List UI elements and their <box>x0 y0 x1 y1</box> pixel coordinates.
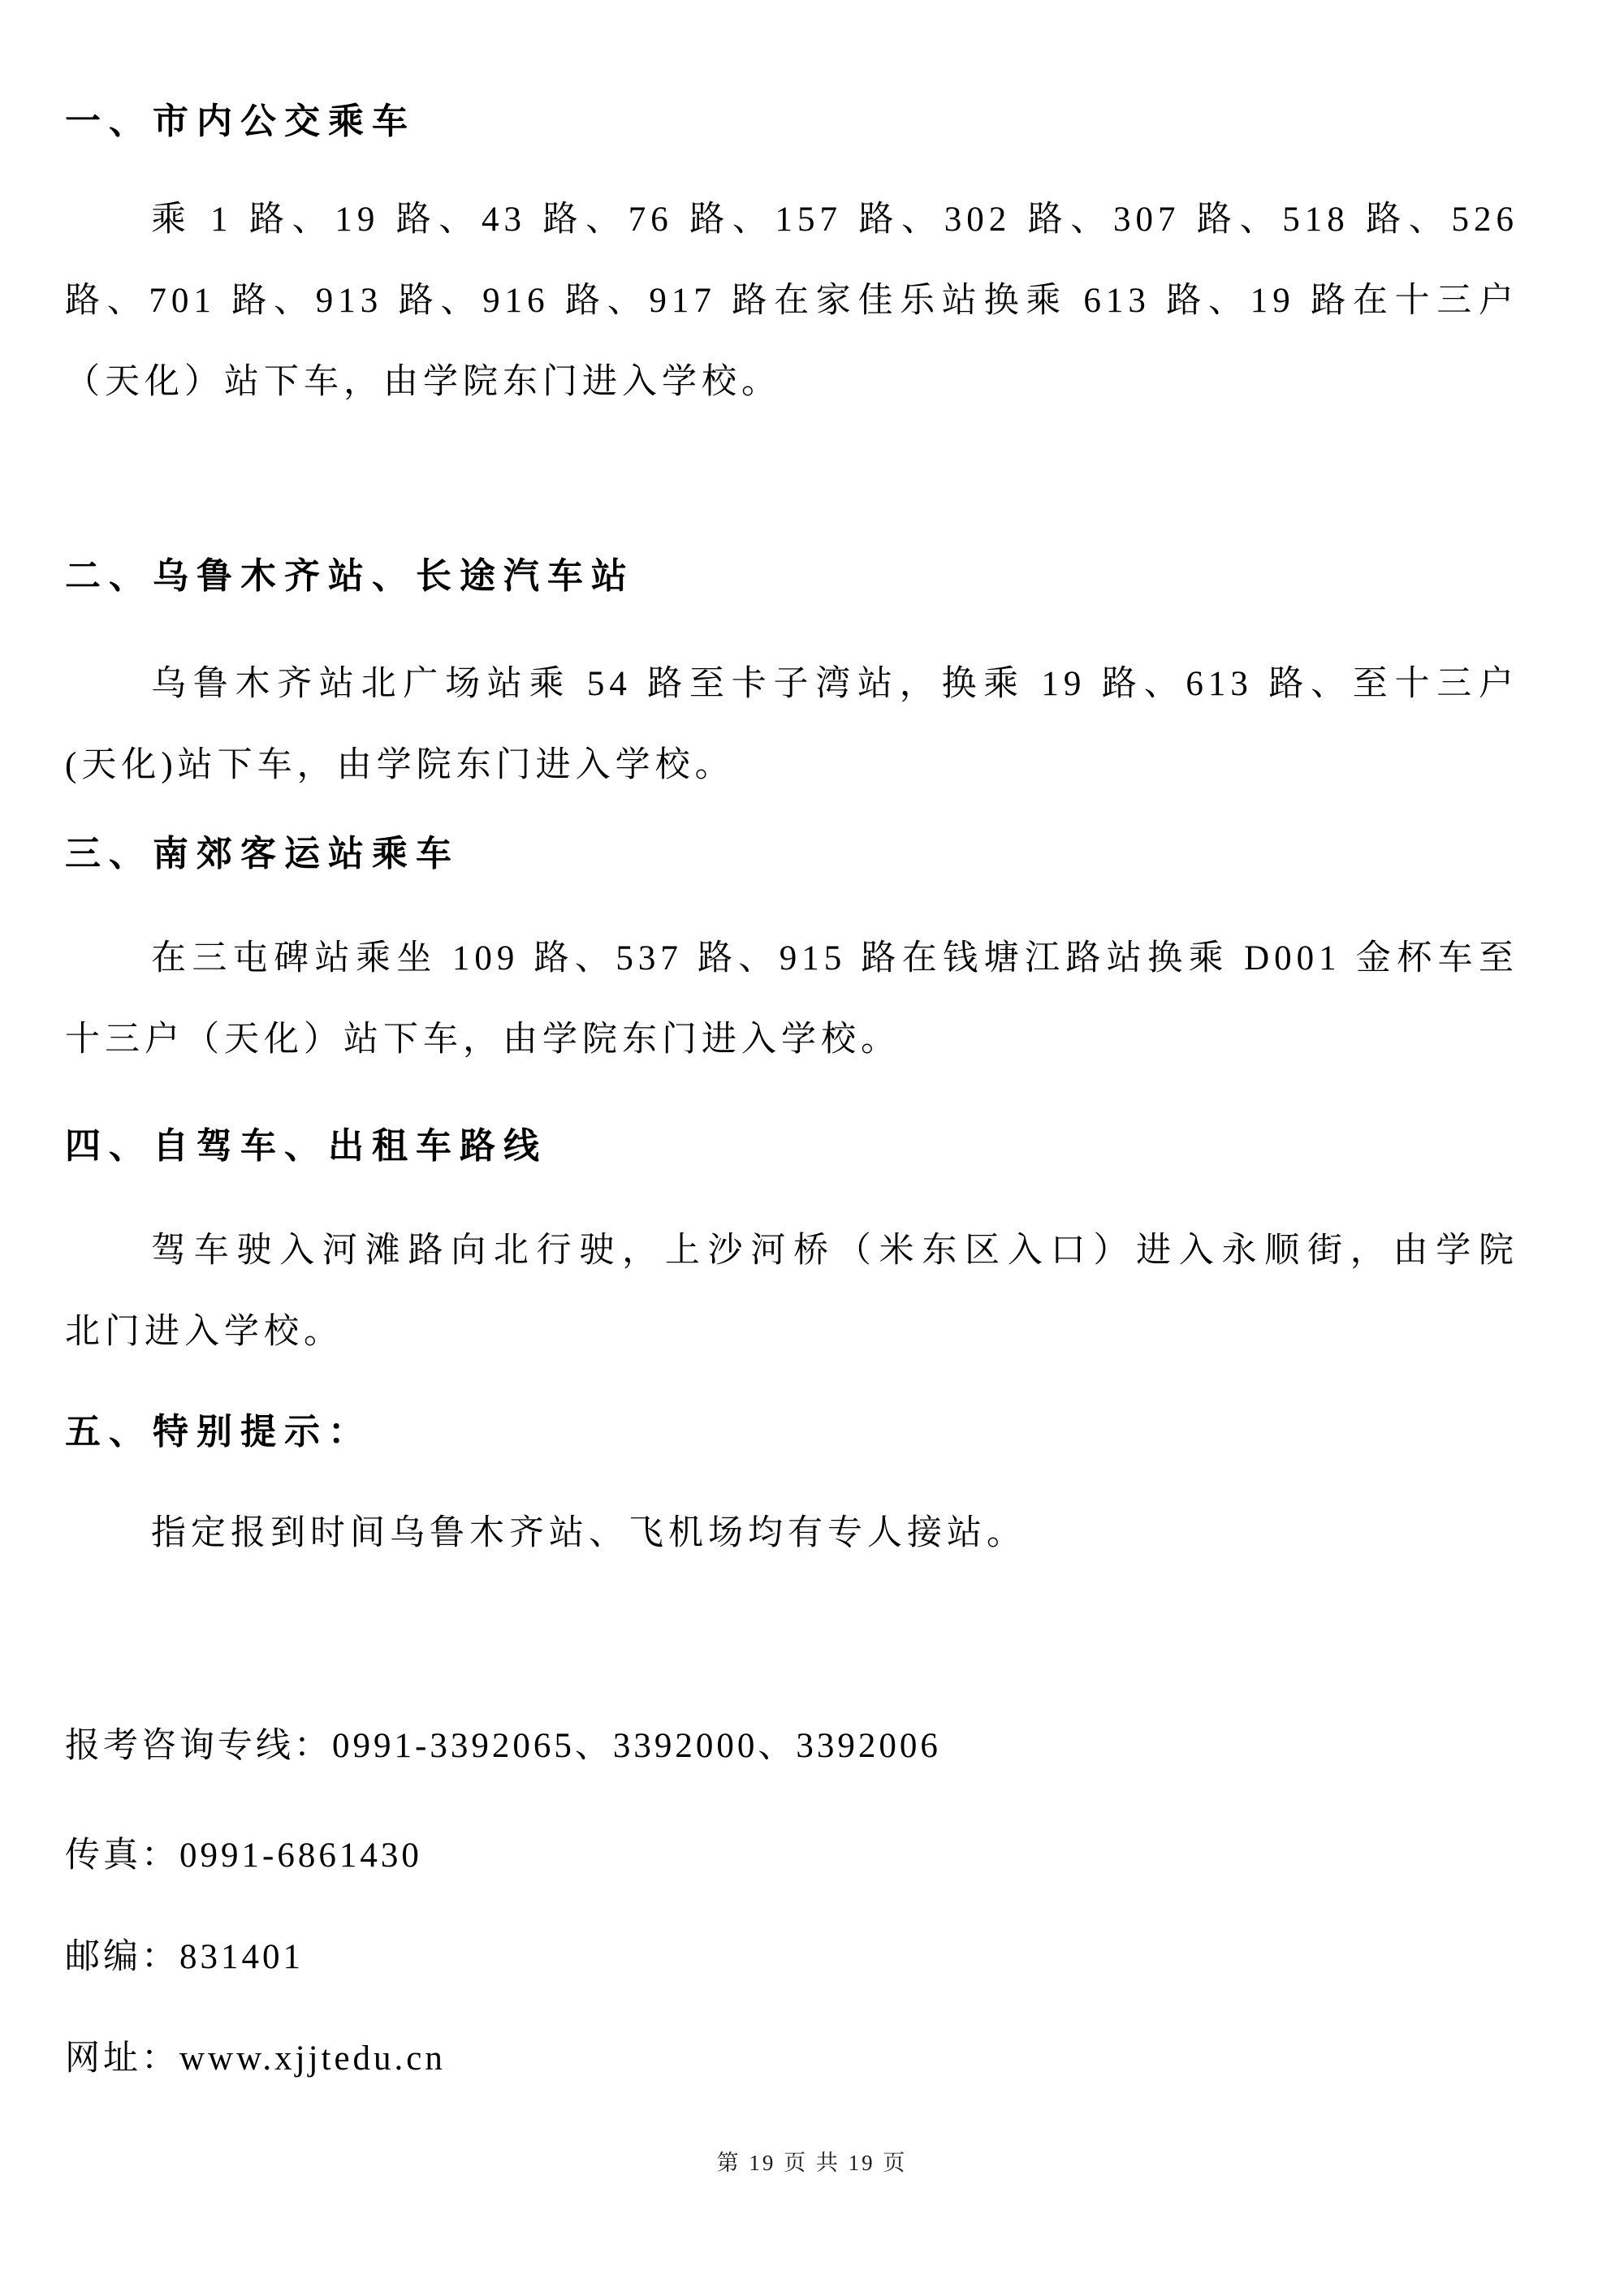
paragraph-line: (天化)站下车，由学院东门进入学校。 <box>65 725 1518 806</box>
paragraph-line: 指定报到时间乌鲁木齐站、飞机场均有专人接站。 <box>65 1493 1518 1574</box>
section-heading-south-coach-station: 三、南郊客运站乘车 <box>65 830 1518 878</box>
section-special-notice-paragraph: 指定报到时间乌鲁木齐站、飞机场均有专人接站。 <box>65 1493 1518 1574</box>
paragraph-line: 北门进入学校。 <box>65 1292 1518 1373</box>
paragraph-line: （天化）站下车，由学院东门进入学校。 <box>65 342 1518 423</box>
contact-info-block: 报考咨询专线：0991-3392065、3392000、3392006 传真：0… <box>65 1706 1518 2100</box>
section-city-bus-paragraph: 乘 1 路、19 路、43 路、76 路、157 路、302 路、307 路、5… <box>65 179 1518 423</box>
section-self-drive-paragraph: 驾车驶入河滩路向北行驶，上沙河桥（米东区入口）进入永顺街，由学院 北门进入学校。 <box>65 1211 1518 1373</box>
section-railway-station-paragraph: 乌鲁木齐站北广场站乘 54 路至卡子湾站，换乘 19 路、613 路、至十三户 … <box>65 644 1518 806</box>
section-heading-city-bus: 一、市内公交乘车 <box>65 97 1518 146</box>
section-heading-self-drive-taxi: 四、自驾车、出租车路线 <box>65 1122 1518 1171</box>
page-number-footer: 第 19 页 共 19 页 <box>0 2145 1624 2177</box>
contact-hotline-line: 报考咨询专线：0991-3392065、3392000、3392006 <box>65 1706 1518 1787</box>
section-south-coach-paragraph: 在三屯碑站乘坐 109 路、537 路、915 路在钱塘江路站换乘 D001 金… <box>65 918 1518 1081</box>
section-heading-railway-station: 二、乌鲁木齐站、长途汽车站 <box>65 552 1518 601</box>
contact-fax-line: 传真：0991-6861430 <box>65 1815 1518 1897</box>
document-page: 一、市内公交乘车 乘 1 路、19 路、43 路、76 路、157 路、302 … <box>0 0 1624 2296</box>
paragraph-line: 乘 1 路、19 路、43 路、76 路、157 路、302 路、307 路、5… <box>65 179 1518 261</box>
paragraph-line: 驾车驶入河滩路向北行驶，上沙河桥（米东区入口）进入永顺街，由学院 <box>65 1211 1518 1292</box>
paragraph-line: 在三屯碑站乘坐 109 路、537 路、915 路在钱塘江路站换乘 D001 金… <box>65 918 1518 999</box>
contact-website-line: 网址：www.xjjtedu.cn <box>65 2018 1518 2100</box>
paragraph-line: 十三户（天化）站下车，由学院东门进入学校。 <box>65 999 1518 1081</box>
section-heading-special-notice: 五、特别提示： <box>65 1408 1518 1457</box>
paragraph-line: 路、701 路、913 路、916 路、917 路在家佳乐站换乘 613 路、1… <box>65 261 1518 342</box>
contact-postcode-line: 邮编：831401 <box>65 1917 1518 1998</box>
paragraph-line: 乌鲁木齐站北广场站乘 54 路至卡子湾站，换乘 19 路、613 路、至十三户 <box>65 644 1518 725</box>
document-body: 一、市内公交乘车 乘 1 路、19 路、43 路、76 路、157 路、302 … <box>0 97 1624 2100</box>
